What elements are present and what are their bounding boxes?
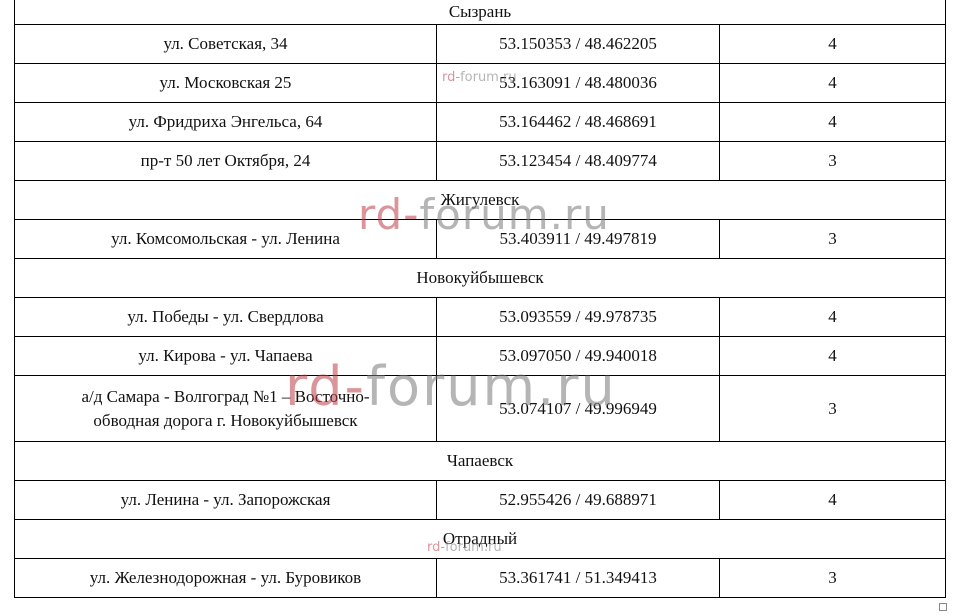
value-cell: 4 [720,64,946,103]
table-row: ул. Комсомольская - ул. Ленина 53.403911… [15,220,946,259]
coords-cell: 53.093559 / 49.978735 [437,298,720,337]
coords-cell: 53.150353 / 48.462205 [437,25,720,64]
table-row: ул. Фридриха Энгельса, 64 53.164462 / 48… [15,103,946,142]
coords-cell: 53.097050 / 49.940018 [437,337,720,376]
value-cell: 3 [720,376,946,442]
city-header-row: Новокуйбышевск [15,259,946,298]
coords-cell: 53.163091 / 48.480036 [437,64,720,103]
city-name: Чапаевск [15,442,946,481]
address-cell: ул. Победы - ул. Свердлова [15,298,437,337]
value-cell: 4 [720,25,946,64]
value-cell: 4 [720,298,946,337]
locations-table: Сызрань ул. Советская, 34 53.150353 / 48… [14,0,946,598]
table-row: ул. Кирова - ул. Чапаева 53.097050 / 49.… [15,337,946,376]
value-cell: 4 [720,337,946,376]
coords-cell: 53.074107 / 49.996949 [437,376,720,442]
address-cell: пр-т 50 лет Октября, 24 [15,142,437,181]
city-name: Жигулевск [15,181,946,220]
value-cell: 3 [720,142,946,181]
address-cell: ул. Московская 25 [15,64,437,103]
city-header-row: Отрадный [15,520,946,559]
value-cell: 3 [720,220,946,259]
coords-cell: 53.403911 / 49.497819 [437,220,720,259]
coords-cell: 53.123454 / 48.409774 [437,142,720,181]
coords-cell: 52.955426 / 49.688971 [437,481,720,520]
value-cell: 4 [720,481,946,520]
table-row: а/д Самара - Волгоград №1 – Восточно- об… [15,376,946,442]
table-row: пр-т 50 лет Октября, 24 53.123454 / 48.4… [15,142,946,181]
table-row: ул. Ленина - ул. Запорожская 52.955426 /… [15,481,946,520]
address-line: а/д Самара - Волгоград №1 – Восточно- [15,385,436,409]
table-row: ул. Советская, 34 53.150353 / 48.462205 … [15,25,946,64]
city-header-row: Чапаевск [15,442,946,481]
address-cell: ул. Советская, 34 [15,25,437,64]
address-cell: а/д Самара - Волгоград №1 – Восточно- об… [15,376,437,442]
table-resize-handle[interactable] [939,603,947,611]
address-cell: ул. Комсомольская - ул. Ленина [15,220,437,259]
city-name: Сызрань [15,0,946,25]
address-cell: ул. Кирова - ул. Чапаева [15,337,437,376]
coords-cell: 53.361741 / 51.349413 [437,559,720,598]
city-name: Отрадный [15,520,946,559]
city-name: Новокуйбышевск [15,259,946,298]
table-row: ул. Железнодорожная - ул. Буровиков 53.3… [15,559,946,598]
address-cell: ул. Железнодорожная - ул. Буровиков [15,559,437,598]
address-line: обводная дорога г. Новокуйбышевск [15,409,436,433]
coords-cell: 53.164462 / 48.468691 [437,103,720,142]
city-header-row: Сызрань [15,0,946,25]
address-cell: ул. Ленина - ул. Запорожская [15,481,437,520]
table-row: ул. Московская 25 53.163091 / 48.480036 … [15,64,946,103]
table-row: ул. Победы - ул. Свердлова 53.093559 / 4… [15,298,946,337]
value-cell: 3 [720,559,946,598]
value-cell: 4 [720,103,946,142]
city-header-row: Жигулевск [15,181,946,220]
address-cell: ул. Фридриха Энгельса, 64 [15,103,437,142]
